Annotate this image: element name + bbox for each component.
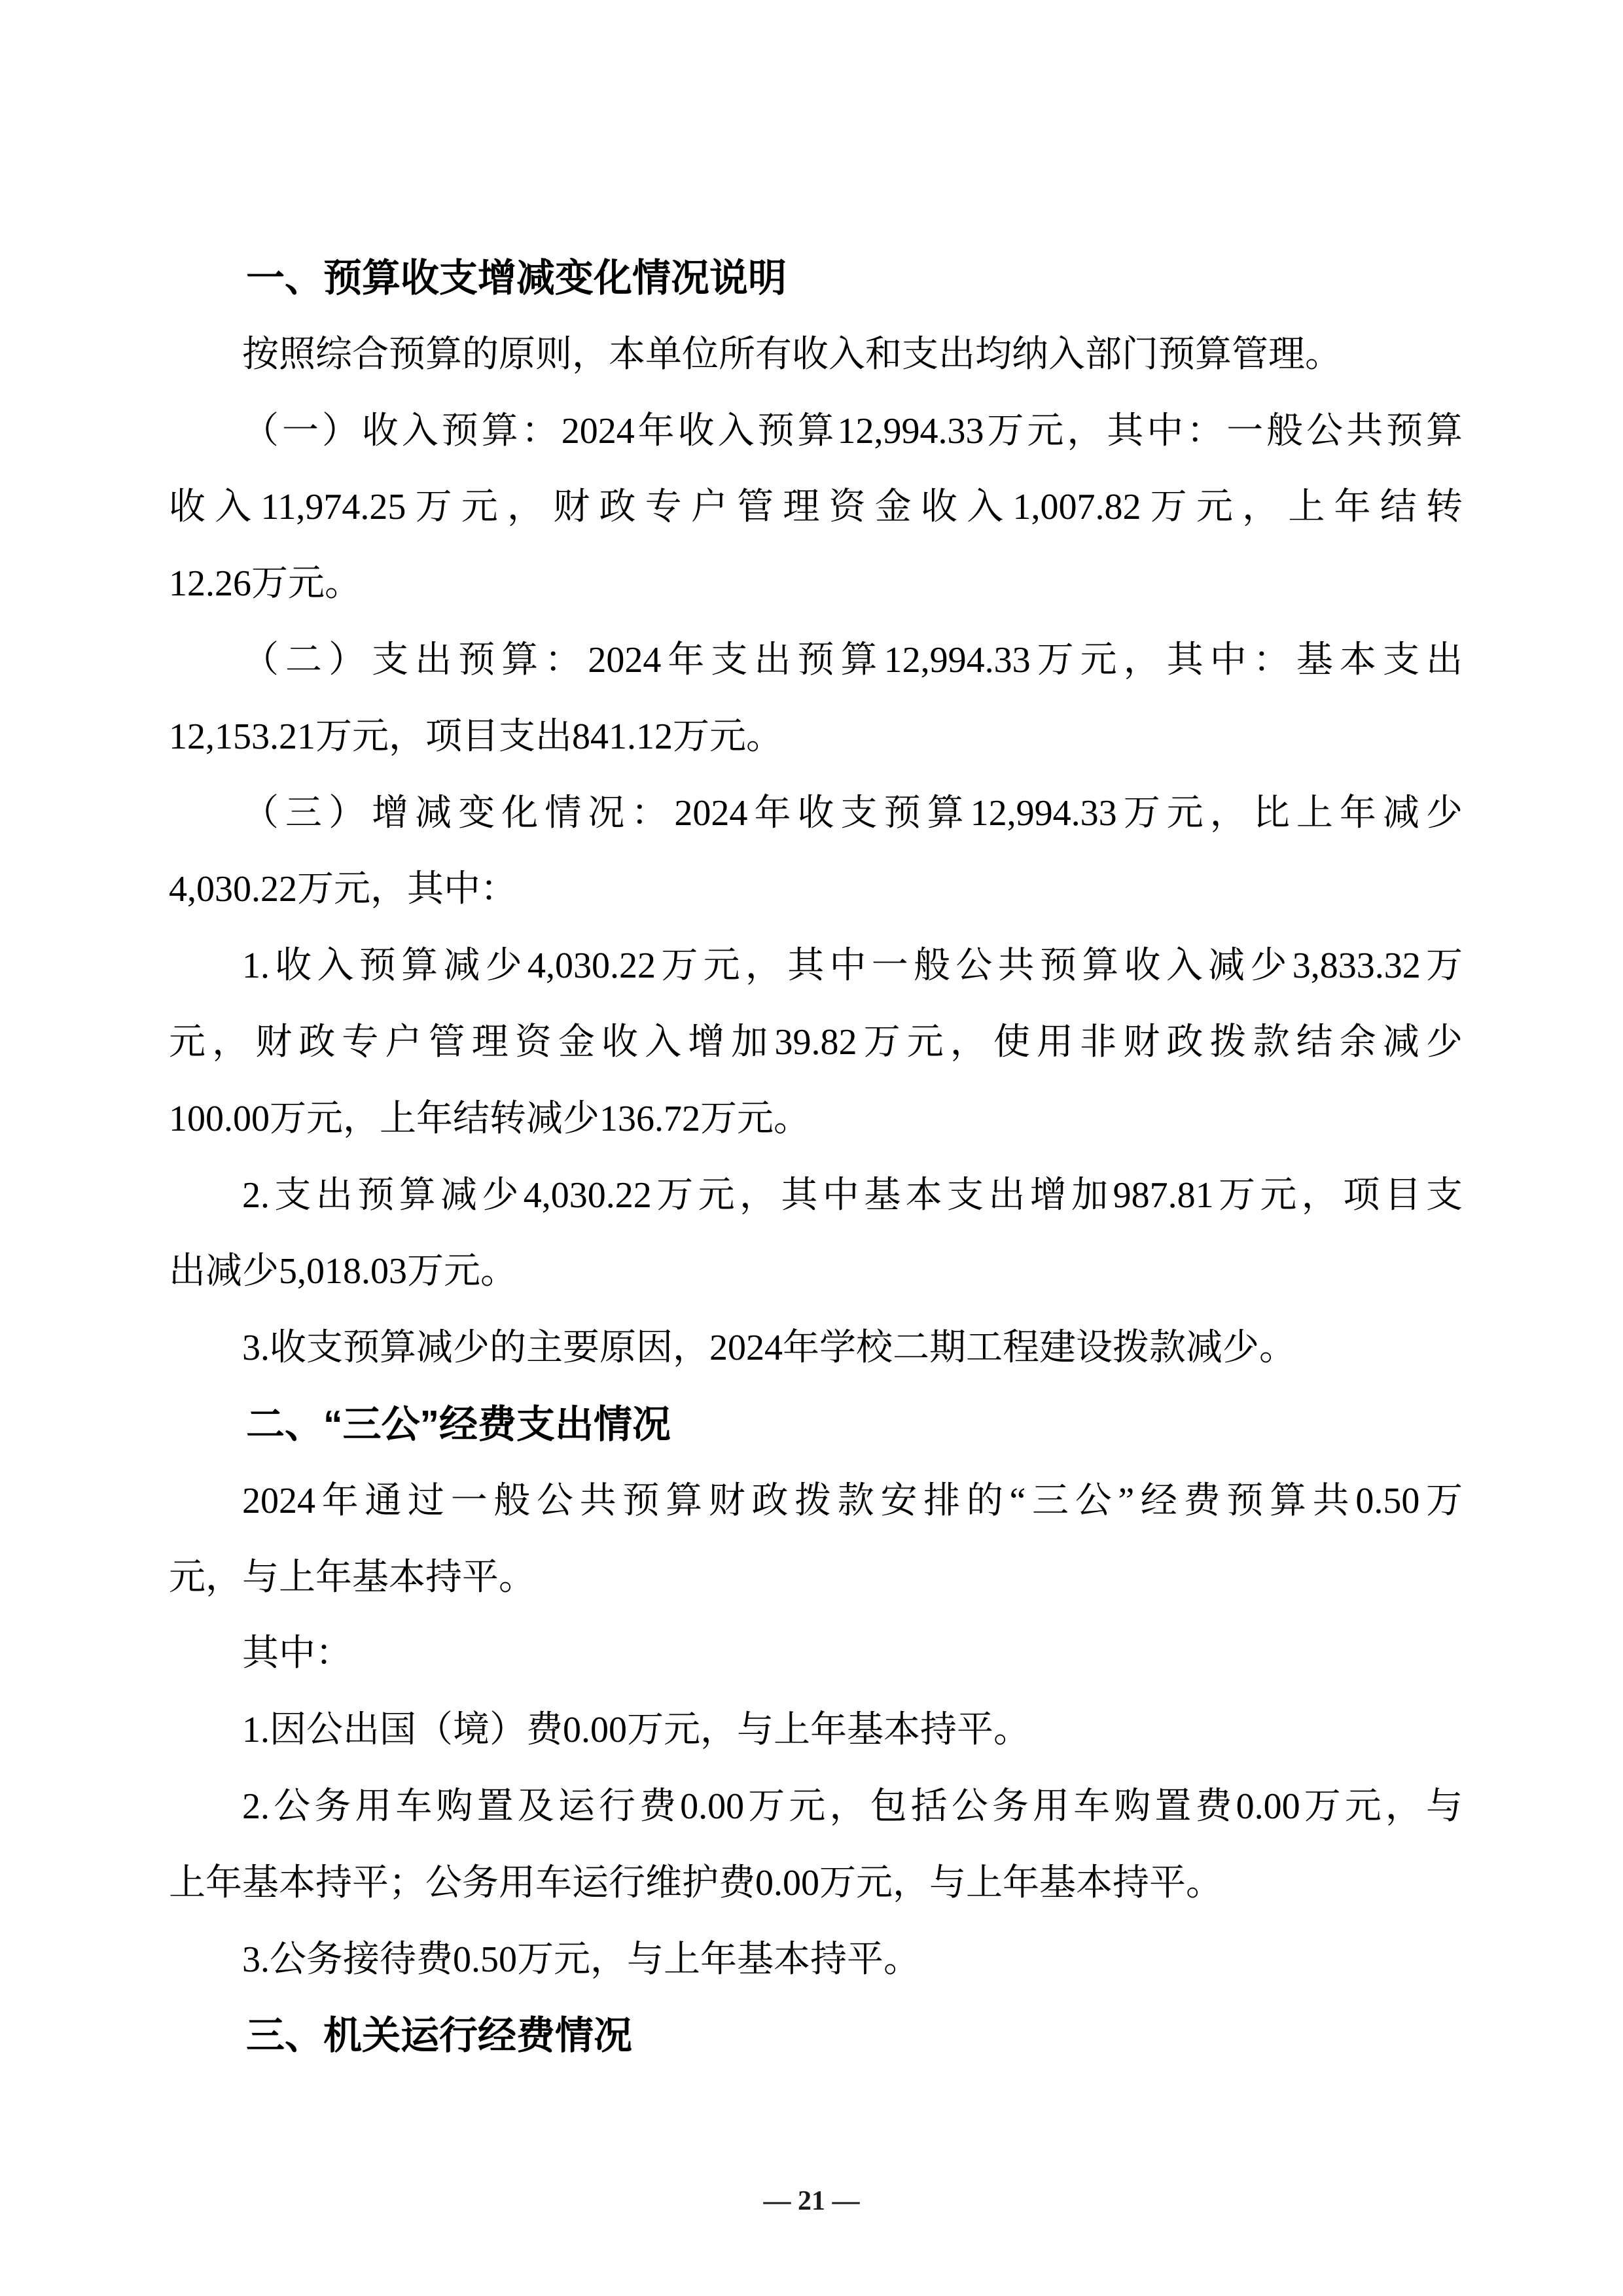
section-heading: 一、预算收支增减变化情况说明 <box>169 240 1463 317</box>
section-heading: 三、机关运行经费情况 <box>169 1998 1463 2074</box>
text-line: 3.公务接待费0.50万元，与上年基本持平。 <box>169 1922 1463 1998</box>
text-line: 2.公务用车购置及运行费0.00万元，包括公务用车购置费0.00万元，与 <box>169 1769 1463 1845</box>
text-line: 12,153.21万元，项目支出841.12万元。 <box>169 699 1463 775</box>
text-line: 上年基本持平；公务用车运行维护费0.00万元，与上年基本持平。 <box>169 1845 1463 1922</box>
text-line: （三）增减变化情况：2024年收支预算12,994.33万元，比上年减少 <box>169 775 1463 852</box>
text-line: 100.00万元，上年结转减少136.72万元。 <box>169 1081 1463 1157</box>
text-line: 1.因公出国（境）费0.00万元，与上年基本持平。 <box>169 1692 1463 1769</box>
text-line: 元，财政专户管理资金收入增加39.82万元，使用非财政拨款结余减少 <box>169 1004 1463 1081</box>
text-line: 元，与上年基本持平。 <box>169 1540 1463 1616</box>
page-number: — 21 — <box>0 2180 1623 2222</box>
text-line: 4,030.22万元，其中： <box>169 851 1463 928</box>
section-heading: 二、“三公”经费支出情况 <box>169 1386 1463 1463</box>
text-line: 2024年通过一般公共预算财政拨款安排的“三公”经费预算共0.50万 <box>169 1463 1463 1540</box>
text-line: 12.26万元。 <box>169 546 1463 622</box>
document-page: 一、预算收支增减变化情况说明按照综合预算的原则，本单位所有收入和支出均纳入部门预… <box>0 0 1623 2296</box>
text-line: 收入11,974.25万元，财政专户管理资金收入1,007.82万元，上年结转 <box>169 469 1463 546</box>
text-line: 1.收入预算减少4,030.22万元，其中一般公共预算收入减少3,833.32万 <box>169 928 1463 1004</box>
text-line: 出减少5,018.03万元。 <box>169 1233 1463 1310</box>
text-line: 3.收支预算减少的主要原因，2024年学校二期工程建设拨款减少。 <box>169 1310 1463 1386</box>
text-line: （一）收入预算：2024年收入预算12,994.33万元，其中：一般公共预算 <box>169 393 1463 470</box>
text-line: 按照综合预算的原则，本单位所有收入和支出均纳入部门预算管理。 <box>169 317 1463 393</box>
text-line: 其中： <box>169 1616 1463 1692</box>
document-body: 一、预算收支增减变化情况说明按照综合预算的原则，本单位所有收入和支出均纳入部门预… <box>169 240 1463 2074</box>
text-line: （二）支出预算：2024年支出预算12,994.33万元，其中：基本支出 <box>169 622 1463 699</box>
text-line: 2.支出预算减少4,030.22万元，其中基本支出增加987.81万元，项目支 <box>169 1157 1463 1234</box>
